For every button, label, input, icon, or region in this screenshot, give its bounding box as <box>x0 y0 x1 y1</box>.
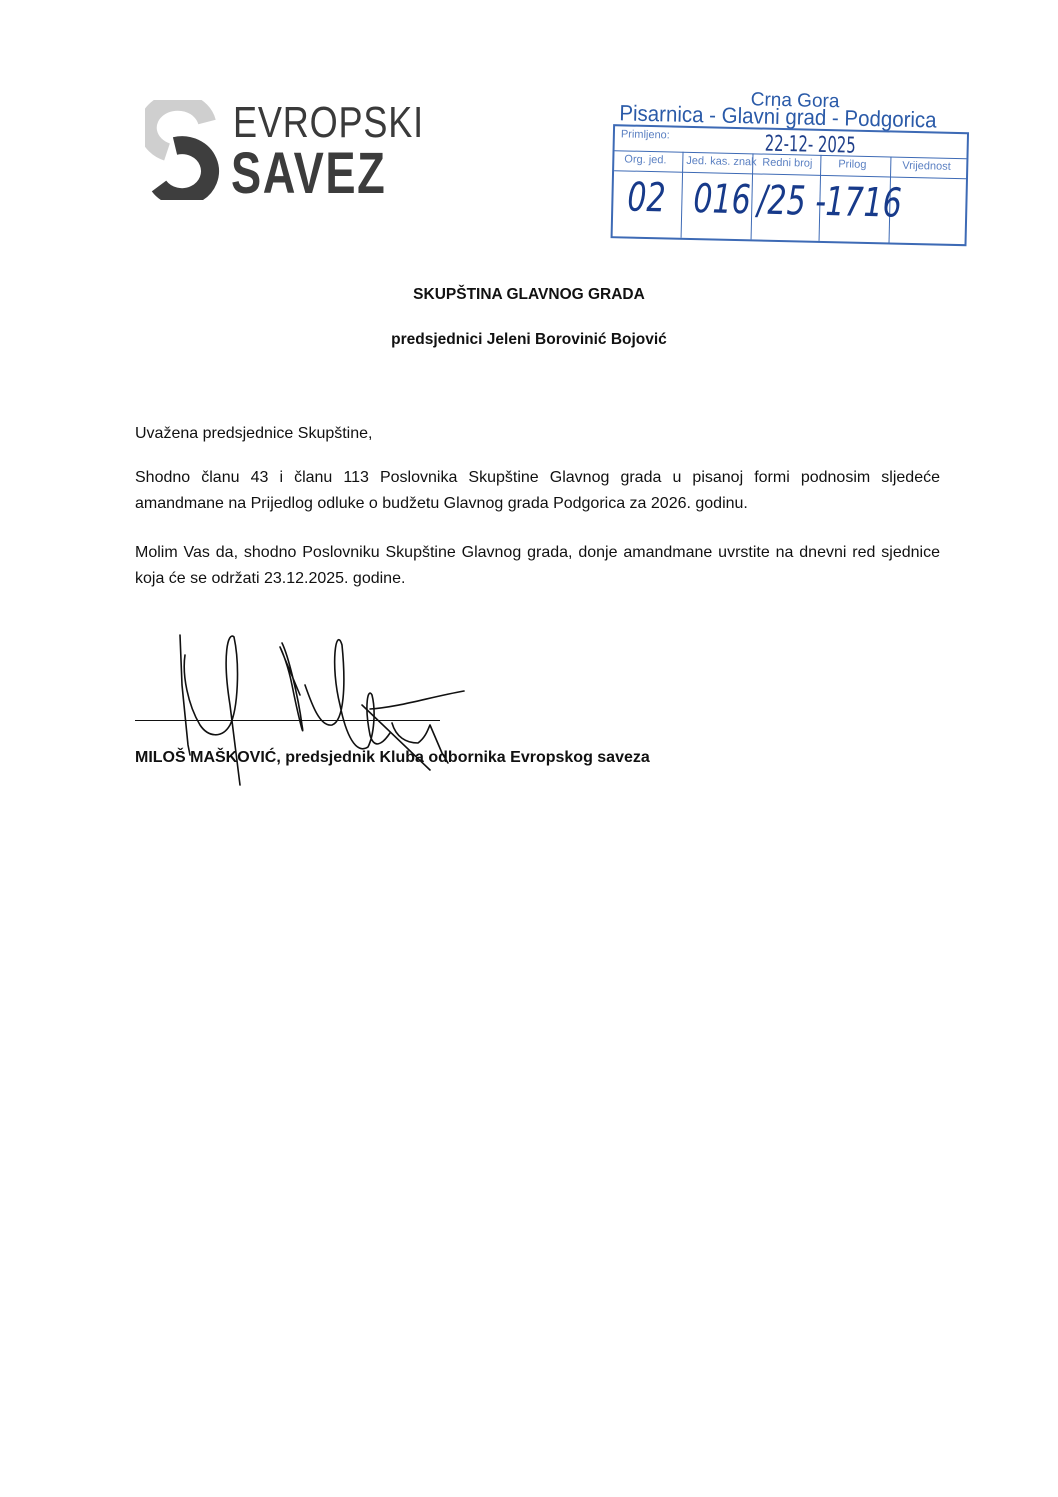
body-paragraph: Shodno članu 43 i članu 113 Poslovnika S… <box>135 465 940 517</box>
stamp-value-class-mark: 016 <box>693 176 751 223</box>
stamp-value-serial: /25 - <box>757 177 827 225</box>
stamp-header-class-mark: Jed. kas. znak <box>686 155 757 169</box>
stamp-received-label: Primljeno: <box>621 128 670 141</box>
registry-stamp: Crna Gora Pisarnica - Glavni grad - Podg… <box>602 86 976 269</box>
recipient-institution: SKUPŠTINA GLAVNOG GRADA <box>0 286 1058 304</box>
salutation: Uvažena predsjednice Skupštine, <box>135 421 940 447</box>
signer-name-title: MILOŠ MAŠKOVIĆ, predsjednik Kluba odborn… <box>135 749 650 767</box>
stamp-value-org-unit: 02 <box>627 175 666 222</box>
stamp-header-value: Vrijednost <box>902 160 951 173</box>
stamp-value-attachment: 1716 <box>825 179 902 227</box>
handwritten-signature-icon <box>130 625 470 795</box>
stamp-column-divider <box>681 152 684 238</box>
stamp-table: Primljeno: 22-12- 2025 Org. jed. Jed. ka… <box>611 124 969 246</box>
logo-text-bottom: SAVEZ <box>231 144 386 204</box>
body-paragraph: Molim Vas da, shodno Poslovniku Skupštin… <box>135 540 940 592</box>
stamp-header-attachment: Prilog <box>838 158 866 171</box>
logo-text-top: EVROPSKI <box>233 100 424 146</box>
party-logo: EVROPSKI SAVEZ <box>145 100 425 210</box>
recipient-person: predsjednici Jeleni Borovinić Bojović <box>0 331 1058 349</box>
stamp-header-serial: Redni broj <box>762 157 812 170</box>
s-swirl-logo-icon <box>145 100 225 200</box>
stamp-header-org-unit: Org. jed. <box>624 153 666 166</box>
